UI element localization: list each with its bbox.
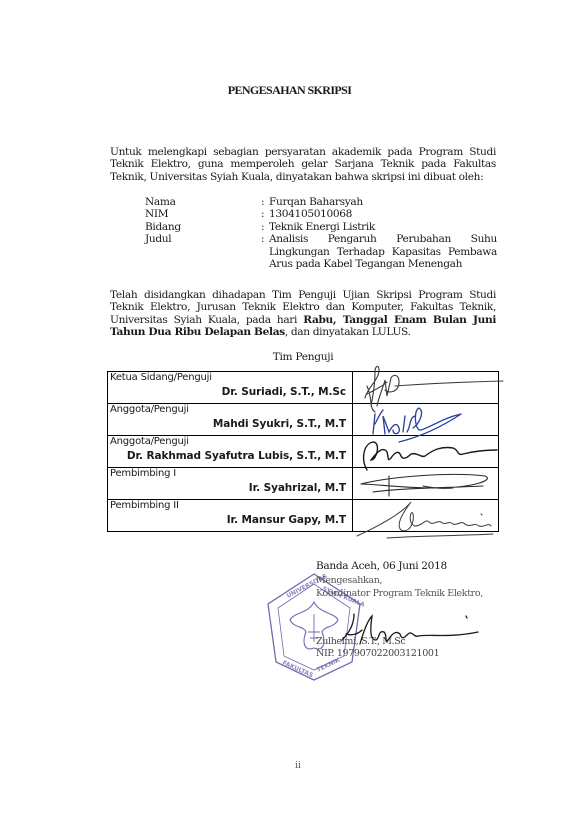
info-value: 1304105010068 [269,208,352,220]
defense-paragraph: Telah disidangkan dihadapan Tim Penguji … [110,289,496,339]
committee-table: Ketua Sidang/PengujiDr. Suriadi, S.T., M… [107,371,499,532]
committee-role: Pembimbing I [108,468,352,480]
info-value: Analisis Pengaruh Perubahan Suhu Lingkun… [269,233,497,270]
signature-cell [353,500,499,532]
approver-position: Koordinator Program Teknik Elektro, [316,588,483,599]
committee-name: Ir. Syahrizal, M.T [108,480,352,497]
info-row-judul: Judul :Analisis Pengaruh Perubahan Suhu … [145,233,497,270]
info-label: Judul [145,233,261,270]
svg-text:TEKNIK: TEKNIK [316,657,342,674]
committee-heading: Tim Penguji [0,351,579,363]
committee-name: Ir. Mansur Gapy, M.T [108,512,352,529]
committee-role: Ketua Sidang/Penguji [108,372,352,384]
info-label: NIM [145,208,261,220]
info-label: Nama [145,196,261,208]
place-date: Banda Aceh, 06 Juni 2018 [316,560,447,572]
info-row-nama: Nama :Furqan Baharsyah [145,196,497,208]
intro-paragraph: Untuk melengkapi sebagian persyaratan ak… [110,146,496,183]
committee-name: Dr. Rakhmad Syafutra Lubis, S.T., M.T [108,448,352,465]
info-value: Teknik Energi Listrik [269,221,375,233]
table-row: Pembimbing IIIr. Mansur Gapy, M.T [108,500,499,532]
signature-icon [353,494,503,538]
approval-label: Mengesahkan, [316,575,382,586]
page-title: PENGESAHAN SKRIPSI [0,83,579,98]
committee-role: Pembimbing II [108,500,352,512]
committee-name: Dr. Suriadi, S.T., M.Sc [108,384,352,401]
student-info: Nama :Furqan Baharsyah NIM :130410501006… [145,196,497,270]
approver-signature-icon [340,610,490,650]
info-row-nim: NIM :1304105010068 [145,208,497,220]
info-label: Bidang [145,221,261,233]
document-page: PENGESAHAN SKRIPSI Untuk melengkapi seba… [0,0,579,819]
committee-role: Anggota/Penguji [108,404,352,416]
info-row-bidang: Bidang :Teknik Energi Listrik [145,221,497,233]
info-value: Furqan Baharsyah [269,196,363,208]
committee-role: Anggota/Penguji [108,436,352,448]
committee-name: Mahdi Syukri, S.T., M.T [108,416,352,433]
page-number: ii [0,761,579,771]
